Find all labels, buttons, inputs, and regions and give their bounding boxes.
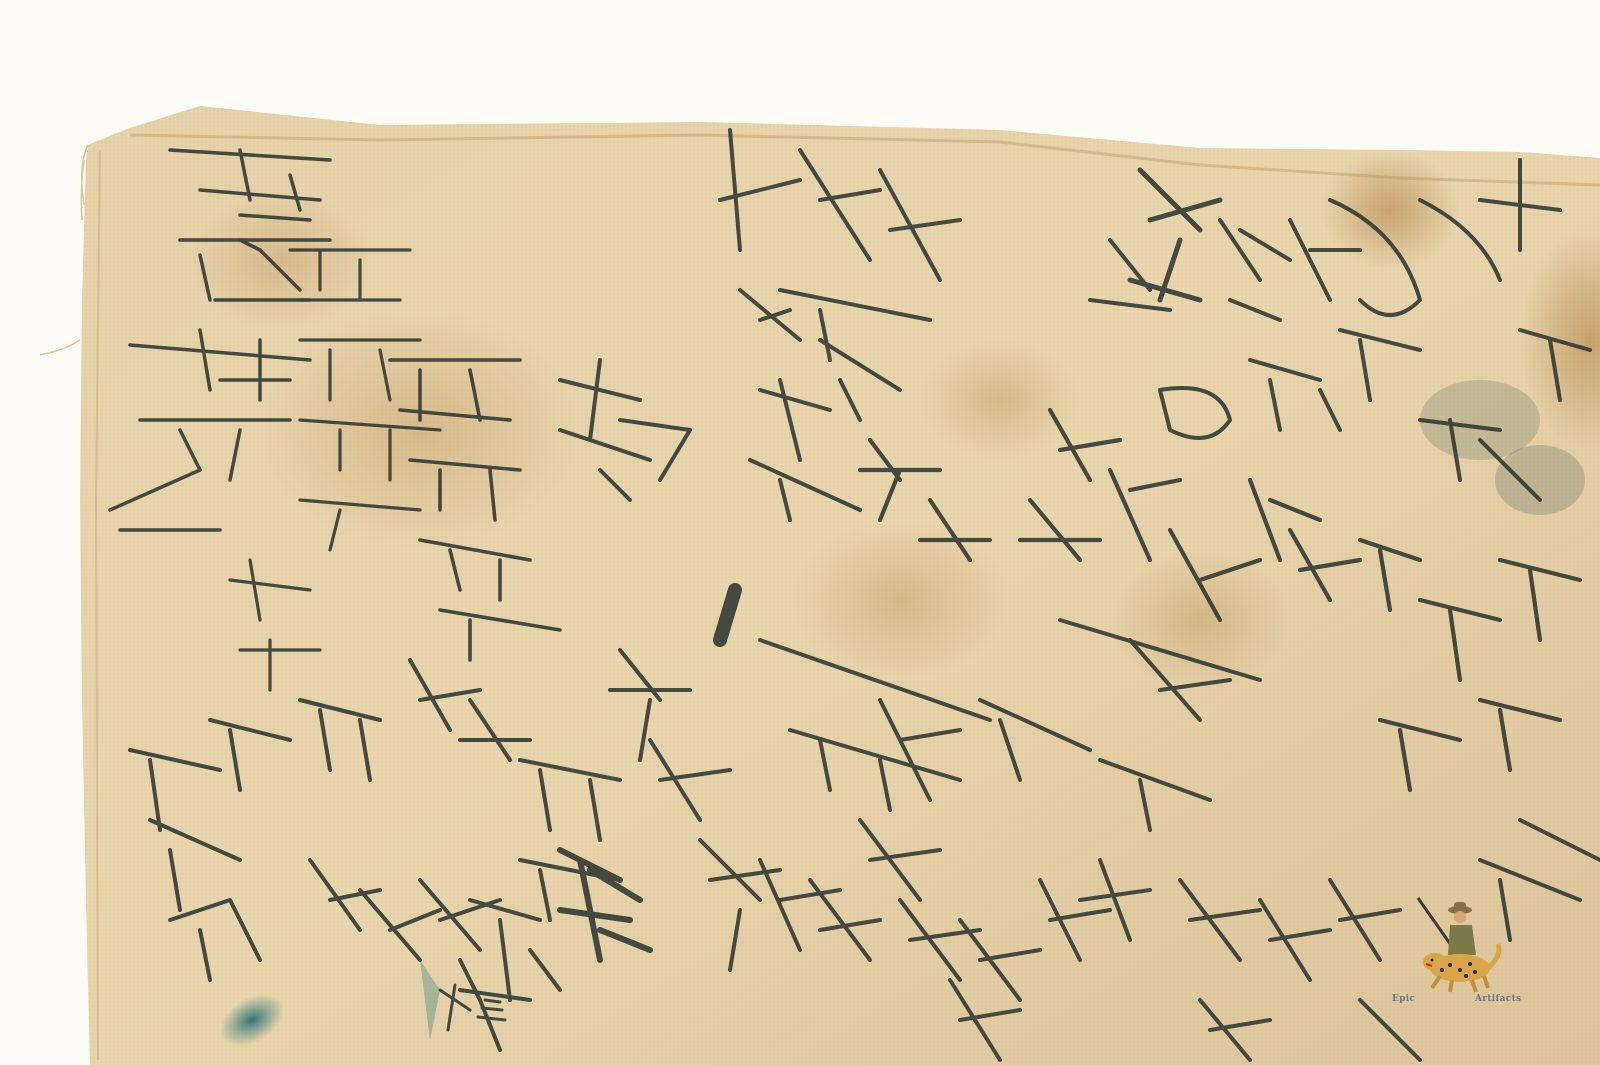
watermark-left-word: Epic	[1392, 994, 1415, 1004]
watermark: Epic Artifacts	[1380, 880, 1520, 1010]
photo-scene: Epic Artifacts	[0, 0, 1600, 1065]
hunter-on-jaguar-icon	[1380, 880, 1520, 1000]
watermark-right-word: Artifacts	[1475, 994, 1521, 1004]
signed-cloth	[0, 0, 1600, 1065]
